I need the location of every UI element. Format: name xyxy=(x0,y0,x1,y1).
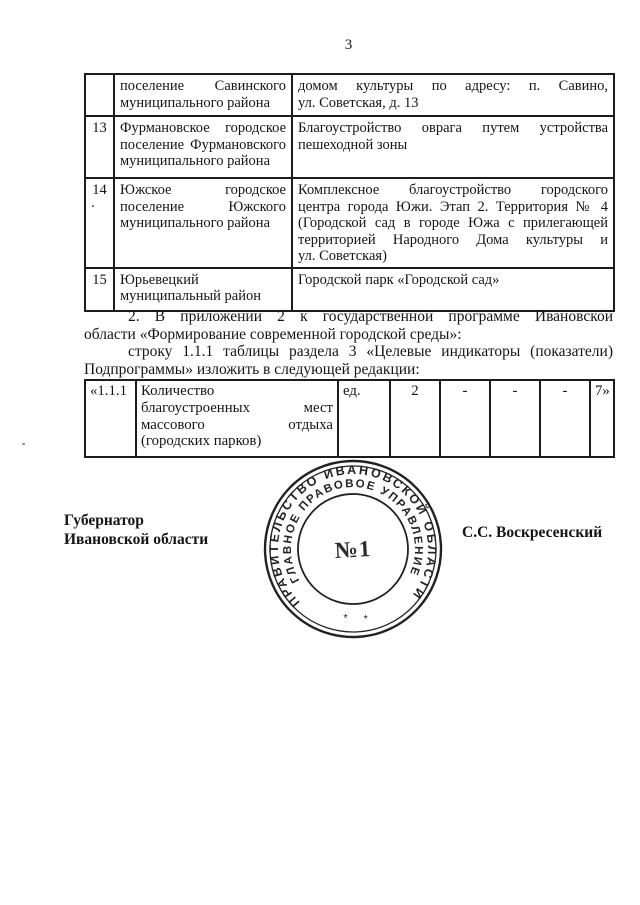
text-line: муниципального района xyxy=(120,153,286,170)
indicator-table: «1.1.1 Количествоблагоустроенных местмас… xyxy=(84,379,615,458)
text-line: территорией Народного Дома культуры и xyxy=(298,232,608,249)
signatory-title: Губернатор Ивановской области xyxy=(64,512,208,549)
text-line: Южское городское xyxy=(120,182,286,199)
table-row: 15 Юрьевецкиймуниципальный район Городск… xyxy=(85,268,614,311)
indicator-number-cell: «1.1.1 xyxy=(85,380,136,457)
settlement-cell: Южское городскоепоселение Южскогомуницип… xyxy=(114,178,292,268)
text-line: благоустроенных мест xyxy=(141,400,333,417)
table-row: поселение Савинскогомуниципального район… xyxy=(85,74,614,116)
text-line: Комплексное благоустройство городского xyxy=(298,182,608,199)
settlement-cell: поселение Савинскогомуниципального район… xyxy=(114,74,292,116)
settlement-cell: Фурмановское городскоепоселение Фурманов… xyxy=(114,116,292,178)
row-number-cell: 14 xyxy=(85,178,114,268)
text-line: Юрьевецкий xyxy=(120,272,286,289)
indicator-unit-cell: ед. xyxy=(338,380,390,457)
text-line: поселение Фурмановского xyxy=(120,137,286,154)
amendment-text: 2. В приложении 2 к государственной прог… xyxy=(84,308,613,378)
table-row: 14 Южское городскоепоселение Южскогомуни… xyxy=(85,178,614,268)
text-line: муниципального района xyxy=(120,95,286,112)
description-cell: Благоустройство оврага путем устройствап… xyxy=(292,116,614,178)
paragraph: 2. В приложении 2 к государственной прог… xyxy=(84,308,613,343)
text-line: домом культуры по адресу: п. Савино, xyxy=(298,78,608,95)
indicator-value-cell: - xyxy=(490,380,540,457)
text-line: области «Формирование современной городс… xyxy=(84,326,613,344)
indicator-value-cell: 7» xyxy=(590,380,614,457)
text-line: ул. Советская, д. 13 xyxy=(298,95,608,112)
text-line: (городских парков) xyxy=(141,433,333,450)
text-line: Городской парк «Городской сад» xyxy=(298,272,608,289)
text-line: пешеходной зоны xyxy=(298,137,608,154)
table-row: «1.1.1 Количествоблагоустроенных местмас… xyxy=(85,380,614,457)
signatory-name: С.С. Воскресенский xyxy=(462,524,602,542)
row-number-cell xyxy=(85,74,114,116)
stamp-number: №1 xyxy=(334,536,372,563)
text-line: муниципальный район xyxy=(120,288,286,305)
indicator-value-cell: 2 xyxy=(390,380,440,457)
text-line: Фурмановское городское xyxy=(120,120,286,137)
text-line: муниципального района xyxy=(120,215,286,232)
paragraph: строку 1.1.1 таблицы раздела 3 «Целевые … xyxy=(84,343,613,378)
indicator-value-cell: - xyxy=(440,380,490,457)
page-number: 3 xyxy=(84,37,613,54)
signatory-title-line1: Губернатор xyxy=(64,512,208,531)
text-line: ул. Советская) xyxy=(298,248,608,265)
signatory-title-line2: Ивановской области xyxy=(64,531,208,550)
text-line: поселение Южского xyxy=(120,199,286,216)
scan-speck xyxy=(22,443,25,445)
text-line: Благоустройство оврага путем устройства xyxy=(298,120,608,137)
description-cell: Городской парк «Городской сад» xyxy=(292,268,614,311)
official-stamp: ПРАВИТЕЛЬСТВО ИВАНОВСКОЙ ОБЛАСТИ ГЛАВНОЕ… xyxy=(253,449,453,649)
municipal-projects-table: поселение Савинскогомуниципального район… xyxy=(84,73,615,312)
text-line: (Городской сад в городе Южа с прилегающе… xyxy=(298,215,608,232)
text-line: строку 1.1.1 таблицы раздела 3 «Целевые … xyxy=(84,343,613,361)
text-line: центра города Южи. Этап 2. Территория № … xyxy=(298,199,608,216)
indicator-name-cell: Количествоблагоустроенных местмассового … xyxy=(136,380,338,457)
text-line: Количество xyxy=(141,383,333,400)
text-line: 2. В приложении 2 к государственной прог… xyxy=(84,308,613,326)
description-cell: Комплексное благоустройство городскогоце… xyxy=(292,178,614,268)
table-row: 13 Фурмановское городскоепоселение Фурма… xyxy=(85,116,614,178)
description-cell: домом культуры по адресу: п. Савино,ул. … xyxy=(292,74,614,116)
scan-speck xyxy=(92,205,94,207)
row-number-cell: 15 xyxy=(85,268,114,311)
document-page: 3 поселение Савинскогомуниципального рай… xyxy=(0,0,640,905)
text-line: Подпрограммы» изложить в следующей редак… xyxy=(84,361,613,379)
text-line: массового отдыха xyxy=(141,417,333,434)
stamp-star-left: * xyxy=(343,612,349,624)
text-line: поселение Савинского xyxy=(120,78,286,95)
stamp-star-right: * xyxy=(363,613,369,625)
indicator-value-cell: - xyxy=(540,380,590,457)
row-number-cell: 13 xyxy=(85,116,114,178)
settlement-cell: Юрьевецкиймуниципальный район xyxy=(114,268,292,311)
